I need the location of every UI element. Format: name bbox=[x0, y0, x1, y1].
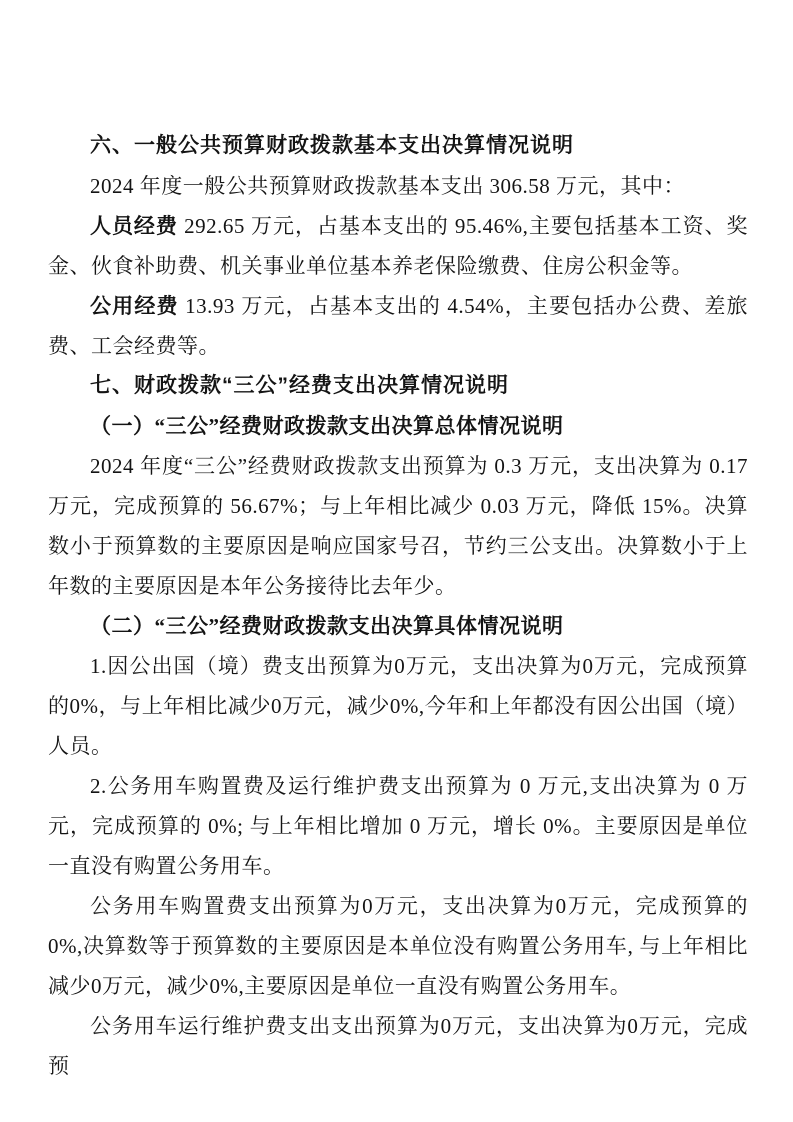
paragraph-vehicle-total: 2.公务用车购置费及运行维护费支出预算为 0 万元,支出决算为 0 万元，完成预… bbox=[48, 766, 748, 886]
subsection-heading-two: （二）“三公”经费财政拨款支出决算具体情况说明 bbox=[48, 606, 748, 646]
document-page: 六、一般公共预算财政拨款基本支出决算情况说明 2024 年度一般公共预算财政拨款… bbox=[0, 0, 793, 1122]
section-heading-six: 六、一般公共预算财政拨款基本支出决算情况说明 bbox=[48, 126, 748, 166]
public-expense-label: 公用经费 bbox=[90, 294, 179, 318]
paragraph-abroad-expense: 1.因公出国（境）费支出预算为0万元，支出决算为0万元，完成预算的0%，与上年相… bbox=[48, 646, 748, 766]
paragraph-public-expense: 公用经费 13.93 万元，占基本支出的 4.54%，主要包括办公费、差旅费、工… bbox=[48, 286, 748, 366]
section-heading-seven: 七、财政拨款“三公”经费支出决算情况说明 bbox=[48, 366, 748, 406]
paragraph-three-public-overall: 2024 年度“三公”经费财政拨款支出预算为 0.3 万元，支出决算为 0.17… bbox=[48, 446, 748, 606]
paragraph-vehicle-maintenance: 公务用车运行维护费支出支出预算为0万元，支出决算为0万元，完成预 bbox=[48, 1006, 748, 1086]
personnel-expense-label: 人员经费 bbox=[90, 214, 178, 238]
paragraph-basic-expense-total: 2024 年度一般公共预算财政拨款基本支出 306.58 万元，其中： bbox=[48, 166, 748, 206]
paragraph-vehicle-purchase: 公务用车购置费支出预算为0万元，支出决算为0万元，完成预算的0%,决算数等于预算… bbox=[48, 886, 748, 1006]
paragraph-personnel-expense: 人员经费 292.65 万元，占基本支出的 95.46%,主要包括基本工资、奖金… bbox=[48, 206, 748, 286]
subsection-heading-one: （一）“三公”经费财政拨款支出决算总体情况说明 bbox=[48, 406, 748, 446]
